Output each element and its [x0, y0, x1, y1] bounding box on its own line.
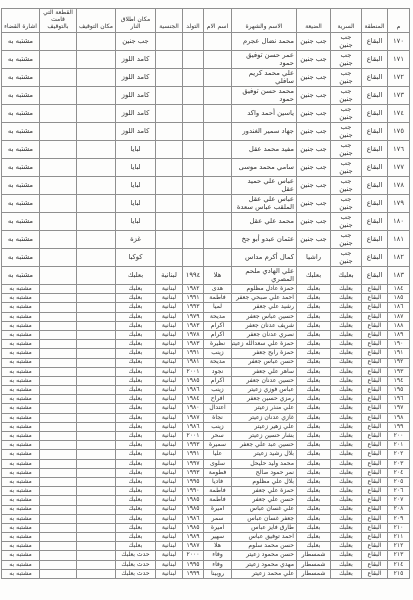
cell-region: البقاع — [362, 551, 388, 560]
cell-firing_place: بعلبك — [116, 395, 156, 404]
table-row: ١٩١البقاعبعلبكبعلبكحمزة رابح جعفرزينب١٩٩… — [2, 349, 410, 358]
cell-detaining_unit — [40, 514, 77, 523]
cell-firing_place: كامد اللوز — [116, 87, 156, 105]
cell-region: البقاع — [362, 496, 388, 505]
cell-serial: ١٨٣ — [388, 267, 410, 285]
cell-serial: ١٧٣ — [388, 87, 410, 105]
cell-mother: روبينا — [204, 569, 232, 578]
table-row: ١٨٦البقاعبعلبكبعلبكرشيد علي جعفرلميا١٩٩٣… — [2, 303, 410, 312]
cell-detaining_unit — [40, 105, 77, 123]
cell-nationality: لبنانية — [156, 321, 183, 330]
cell-firing_place: لبايا — [116, 213, 156, 231]
cell-judiciary: مشتبه به — [2, 523, 40, 532]
cell-village: بعلبك — [297, 294, 331, 303]
cell-name: حسين عبد علي جعفر — [232, 441, 297, 450]
cell-name: مهدي محمود زعيتر — [232, 560, 297, 569]
cell-detention_place — [77, 560, 116, 569]
cell-region: البقاع — [362, 468, 388, 477]
cell-detention_place — [77, 349, 116, 358]
cell-judiciary: مشتبه به — [2, 330, 40, 339]
cell-detention_place — [77, 105, 116, 123]
cell-serial: ١٩٠ — [388, 340, 410, 349]
cell-village: جب جنين — [297, 51, 331, 69]
cell-firing_place: كامد اللوز — [116, 69, 156, 87]
cell-name: حسن عباس جعفر — [232, 358, 297, 367]
cell-firing_place: بعلبك — [116, 267, 156, 285]
cell-detention_place — [77, 386, 116, 395]
cell-birth: ٢٠٠٠ — [183, 551, 204, 560]
cell-mother: زينب — [204, 386, 232, 395]
cell-mother: اكرام — [204, 330, 232, 339]
cell-detention_place — [77, 551, 116, 560]
cell-detaining_unit — [40, 560, 77, 569]
cell-detaining_unit — [40, 213, 77, 231]
cell-nationality — [156, 105, 183, 123]
cell-region: البقاع — [362, 33, 388, 51]
cell-name: جهاد سمير الغندور — [232, 123, 297, 141]
cell-detention_place — [77, 141, 116, 159]
cell-detention_place — [77, 267, 116, 285]
cell-mother: نجود — [204, 367, 232, 376]
cell-detention_place — [77, 422, 116, 431]
cell-judiciary: مشتبه به — [2, 542, 40, 551]
cell-name: حسن علي جعفر — [232, 496, 297, 505]
cell-company: بعلبك — [331, 459, 362, 468]
cell-nationality: لبنانية — [156, 267, 183, 285]
cell-judiciary: مشتبه به — [2, 376, 40, 385]
cell-mother: وفاء — [204, 551, 232, 560]
cell-company: بعلبك — [331, 422, 362, 431]
cell-detaining_unit — [40, 542, 77, 551]
cell-serial: ٢١٣ — [388, 551, 410, 560]
cell-region: البقاع — [362, 523, 388, 532]
cell-company: بعلبك — [331, 285, 362, 294]
cell-nationality — [156, 195, 183, 213]
cell-birth: ١٩٩٣ — [183, 303, 204, 312]
table-row: ١٧٣البقاعجب جنينجب جنينمحمد حسن توفيق حم… — [2, 87, 410, 105]
cell-judiciary: مشتبه به — [2, 349, 40, 358]
cell-serial: ١٩٨ — [388, 413, 410, 422]
column-header-firing_place: مكان اطلاق النار — [116, 9, 156, 33]
table-row: ١٧٥البقاعجب جنينجب جنينجهاد سمير الغندور… — [2, 123, 410, 141]
table-row: ١٨٢البقاعجب جنينراشياكمال أكرم مداسكوكبا… — [2, 249, 410, 267]
cell-detaining_unit — [40, 404, 77, 413]
cell-firing_place: بعلبك — [116, 514, 156, 523]
cell-serial: ١٨٨ — [388, 321, 410, 330]
cell-region: البقاع — [362, 413, 388, 422]
cell-nationality: لبنانية — [156, 459, 183, 468]
cell-company: بعلبك — [331, 477, 362, 486]
cell-firing_place: غزة — [116, 231, 156, 249]
table-row: ١٧١البقاعجب جنينجب جنينعمر حسن توفيق حمو… — [2, 51, 410, 69]
cell-detaining_unit — [40, 551, 77, 560]
cell-name: رشيد علي جعفر — [232, 303, 297, 312]
cell-company: جب جنين — [331, 105, 362, 123]
cell-detention_place — [77, 477, 116, 486]
cell-detention_place — [77, 249, 116, 267]
cell-nationality: لبنانية — [156, 542, 183, 551]
cell-nationality — [156, 69, 183, 87]
cell-birth: ١٩٨٩ — [183, 533, 204, 542]
cell-nationality: لبنانية — [156, 533, 183, 542]
cell-company: بعلبك — [331, 303, 362, 312]
cell-region: البقاع — [362, 459, 388, 468]
cell-judiciary: مشتبه به — [2, 496, 40, 505]
cell-company: بعلبك — [331, 432, 362, 441]
cell-detaining_unit — [40, 159, 77, 177]
cell-village: شمسطار — [297, 569, 331, 578]
cell-village: بعلبك — [297, 441, 331, 450]
cell-company: جب جنين — [331, 51, 362, 69]
cell-serial: ١٧٠ — [388, 33, 410, 51]
cell-serial: ٢٠٣ — [388, 459, 410, 468]
cell-birth: ١٩٨٧ — [183, 542, 204, 551]
cell-name: علي محمد زعيتر — [232, 569, 297, 578]
cell-company: بعلبك — [331, 560, 362, 569]
cell-firing_place: بعلبك — [116, 376, 156, 385]
cell-birth: ١٩٩٤ — [183, 267, 204, 285]
cell-region: البقاع — [362, 450, 388, 459]
cell-detention_place — [77, 505, 116, 514]
cell-company: بعلبك — [331, 294, 362, 303]
cell-judiciary: مشتبه به — [2, 422, 40, 431]
cell-region: البقاع — [362, 560, 388, 569]
cell-birth: ٢٠٠١ — [183, 432, 204, 441]
cell-serial: ١٨٧ — [388, 312, 410, 321]
cell-firing_place: بعلبك — [116, 321, 156, 330]
cell-birth — [183, 105, 204, 123]
cell-detaining_unit — [40, 459, 77, 468]
table-row: ١٩٨البقاعبعلبكبعلبكغازي عدنان زعيترنجاة١… — [2, 413, 410, 422]
cell-detention_place — [77, 358, 116, 367]
cell-detaining_unit — [40, 231, 77, 249]
cell-firing_place: بعلبك — [116, 340, 156, 349]
cell-firing_place: بعلبك — [116, 468, 156, 477]
cell-village: بعلبك — [297, 496, 331, 505]
cell-company: بعلبك — [331, 514, 362, 523]
cell-mother: مديحة — [204, 312, 232, 321]
table-row: ٢١١البقاعبعلبكبعلبكاحمد توفيق عباسسهير١٩… — [2, 533, 410, 542]
cell-judiciary: مشتبه به — [2, 533, 40, 542]
cell-judiciary: مشتبه به — [2, 294, 40, 303]
cell-detaining_unit — [40, 249, 77, 267]
cell-firing_place: لبايا — [116, 177, 156, 195]
detainees-register-table: مالمنطقةالسريةالضيعةالاسم والشهرةاسم الا… — [1, 8, 410, 579]
cell-serial: ١٨١ — [388, 231, 410, 249]
cell-name: نصري عدنان جعفر — [232, 330, 297, 339]
cell-region: البقاع — [362, 395, 388, 404]
cell-judiciary: مشتبه به — [2, 267, 40, 285]
table-row: ٢٠٥البقاعبعلبكبعلبكبلال علي مظلومفاديا١٩… — [2, 477, 410, 486]
cell-village: جب جنين — [297, 123, 331, 141]
cell-company: جب جنين — [331, 249, 362, 267]
cell-region: البقاع — [362, 376, 388, 385]
cell-company: جب جنين — [331, 213, 362, 231]
table-row: ١٩٩البقاعبعلبكبعلبكعلي زهير زعيترزينب١٩٨… — [2, 422, 410, 431]
cell-nationality: لبنانية — [156, 294, 183, 303]
cell-detention_place — [77, 404, 116, 413]
cell-nationality: لبنانية — [156, 514, 183, 523]
cell-birth: ١٩٩١ — [183, 294, 204, 303]
table-row: ١٧٨البقاعجب جنينجب جنينعباس علي حميد عقل… — [2, 177, 410, 195]
cell-judiciary: مشتبه به — [2, 367, 40, 376]
cell-nationality: لبنانية — [156, 413, 183, 422]
cell-mother: هلا — [204, 267, 232, 285]
cell-village: بعلبك — [297, 533, 331, 542]
cell-name: محمد حسن توفيق حمود — [232, 87, 297, 105]
cell-name: بلال رشيد زعيتر — [232, 450, 297, 459]
cell-judiciary: مشتبه به — [2, 450, 40, 459]
cell-serial: ٢١١ — [388, 533, 410, 542]
cell-region: البقاع — [362, 404, 388, 413]
column-header-company: السرية — [331, 9, 362, 33]
cell-mother — [204, 231, 232, 249]
cell-nationality: لبنانية — [156, 560, 183, 569]
cell-company: بعلبك — [331, 376, 362, 385]
cell-name: حسين عدنان جعفر — [232, 376, 297, 385]
cell-firing_place: حدث بعلبك — [116, 551, 156, 560]
cell-region: البقاع — [362, 285, 388, 294]
cell-firing_place: لبايا — [116, 141, 156, 159]
cell-name: عباس علي عقل الملقب عباس سعدة — [232, 195, 297, 213]
cell-detaining_unit — [40, 340, 77, 349]
cell-detaining_unit — [40, 468, 77, 477]
cell-serial: ١٧٤ — [388, 105, 410, 123]
cell-judiciary: مشتبه به — [2, 413, 40, 422]
cell-detaining_unit — [40, 312, 77, 321]
table-row: ١٩٢البقاعبعلبكبعلبكحسن عباس جعفرمديحة١٩٨… — [2, 358, 410, 367]
cell-mother: سمر — [204, 514, 232, 523]
cell-firing_place: بعلبك — [116, 487, 156, 496]
cell-detaining_unit — [40, 123, 77, 141]
cell-company: بعلبك — [331, 358, 362, 367]
cell-detaining_unit — [40, 177, 77, 195]
cell-birth: ١٩٨٥ — [183, 523, 204, 532]
cell-detaining_unit — [40, 441, 77, 450]
cell-judiciary: مشتبه به — [2, 487, 40, 496]
cell-detaining_unit — [40, 523, 77, 532]
cell-name: طارق فايز عباس — [232, 523, 297, 532]
cell-mother: هدى — [204, 285, 232, 294]
cell-nationality: لبنانية — [156, 422, 183, 431]
cell-name: غازي عدنان زعيتر — [232, 413, 297, 422]
cell-detaining_unit — [40, 450, 77, 459]
cell-judiciary: مشتبه به — [2, 231, 40, 249]
cell-name: حسين عباس جعفر — [232, 312, 297, 321]
cell-village: بعلبك — [297, 395, 331, 404]
cell-village: بعلبك — [297, 312, 331, 321]
cell-village: بعلبك — [297, 349, 331, 358]
cell-region: البقاع — [362, 249, 388, 267]
cell-mother: افراح — [204, 395, 232, 404]
cell-company: بعلبك — [331, 386, 362, 395]
cell-village: بعلبك — [297, 422, 331, 431]
table-row: ٢٠٤البقاعبعلبكبعلبكنمر حمود صالحفطومة١٩٩… — [2, 468, 410, 477]
cell-birth: ١٩٨٢ — [183, 285, 204, 294]
cell-detaining_unit — [40, 477, 77, 486]
cell-firing_place: حدث بعلبك — [116, 569, 156, 578]
cell-region: البقاع — [362, 487, 388, 496]
cell-mother: نجاة — [204, 413, 232, 422]
table-row: ١٧٠البقاعجب جنينجب جنينمحمد نضال عجرمجب … — [2, 33, 410, 51]
cell-judiciary: مشتبه به — [2, 358, 40, 367]
cell-nationality: لبنانية — [156, 395, 183, 404]
cell-company: بعلبك — [331, 551, 362, 560]
cell-region: البقاع — [362, 51, 388, 69]
cell-name: سامي محمد موسى — [232, 159, 297, 177]
table-row: ١٧٤البقاعجب جنينجب جنينياسين أحمد واكدكا… — [2, 105, 410, 123]
cell-region: البقاع — [362, 267, 388, 285]
cell-village: بعلبك — [297, 523, 331, 532]
cell-detention_place — [77, 533, 116, 542]
cell-company: بعلبك — [331, 533, 362, 542]
cell-region: البقاع — [362, 367, 388, 376]
cell-serial: ٢٠٤ — [388, 468, 410, 477]
cell-village: جب جنين — [297, 159, 331, 177]
cell-name: محمد علي عقل — [232, 213, 297, 231]
cell-firing_place: كامد اللوز — [116, 105, 156, 123]
cell-firing_place: بعلبك — [116, 413, 156, 422]
cell-firing_place: بعلبك — [116, 404, 156, 413]
cell-mother: فطومة — [204, 468, 232, 477]
cell-serial: ١٨٩ — [388, 330, 410, 339]
cell-firing_place: بعلبك — [116, 432, 156, 441]
cell-serial: ٢٠٠ — [388, 432, 410, 441]
cell-name: احمد علي صبحي جعفر — [232, 294, 297, 303]
table-row: ٢٠٠البقاعبعلبكبعلبكبشار حسين زعيترسحر٢٠٠… — [2, 432, 410, 441]
cell-name: كمال أكرم مداس — [232, 249, 297, 267]
table-row: ٢٠٨البقاعبعلبكبعلبكعلي غسان عباساميرة١٩٨… — [2, 505, 410, 514]
cell-company: جب جنين — [331, 195, 362, 213]
table-row: ١٨٧البقاعبعلبكبعلبكحسين عباس جعفرمديحة١٩… — [2, 312, 410, 321]
cell-serial: ١٧١ — [388, 51, 410, 69]
cell-detention_place — [77, 441, 116, 450]
cell-firing_place: بعلبك — [116, 285, 156, 294]
cell-name: علي منذر زعيتر — [232, 404, 297, 413]
cell-company: بعلبك — [331, 523, 362, 532]
cell-mother — [204, 123, 232, 141]
table-row: ٢١٢البقاعبعلبكبعلبكحسن محمد سلومهلا١٩٨٧ل… — [2, 542, 410, 551]
cell-firing_place: بعلبك — [116, 533, 156, 542]
cell-region: البقاع — [362, 358, 388, 367]
cell-judiciary: مشتبه به — [2, 195, 40, 213]
cell-name: علي الهادي ملحم المصري — [232, 267, 297, 285]
cell-detention_place — [77, 376, 116, 385]
cell-detaining_unit — [40, 349, 77, 358]
cell-detaining_unit — [40, 141, 77, 159]
column-header-region: المنطقة — [362, 9, 388, 33]
cell-company: بعلبك — [331, 312, 362, 321]
cell-name: بلال علي مظلوم — [232, 477, 297, 486]
cell-village: بعلبك — [297, 542, 331, 551]
cell-detention_place — [77, 87, 116, 105]
cell-company: بعلبك — [331, 413, 362, 422]
cell-birth — [183, 141, 204, 159]
cell-detention_place — [77, 523, 116, 532]
cell-name: عباس فوزي زعيتر — [232, 386, 297, 395]
table-row: ١٨٤البقاعبعلبكبعلبكحمزة عادل مظلومهدى١٩٨… — [2, 285, 410, 294]
cell-detention_place — [77, 195, 116, 213]
cell-judiciary: مشتبه به — [2, 51, 40, 69]
cell-village: بعلبك — [297, 303, 331, 312]
cell-serial: ١٩٥ — [388, 386, 410, 395]
cell-company: بعلبك — [331, 496, 362, 505]
cell-detention_place — [77, 285, 116, 294]
cell-serial: ١٧٦ — [388, 141, 410, 159]
cell-firing_place: بعلبك — [116, 496, 156, 505]
cell-village: جب جنين — [297, 105, 331, 123]
cell-village: بعلبك — [297, 367, 331, 376]
cell-detention_place — [77, 487, 116, 496]
table-row: ١٨١البقاعجب جنينجب جنينعثمان عبدو أبو جخ… — [2, 231, 410, 249]
cell-company: بعلبك — [331, 542, 362, 551]
cell-serial: ١٧٩ — [388, 195, 410, 213]
cell-birth: ١٩٨٧ — [183, 413, 204, 422]
cell-judiciary: مشتبه به — [2, 386, 40, 395]
cell-mother: وفاء — [204, 560, 232, 569]
cell-region: البقاع — [362, 441, 388, 450]
table-row: ١٨٣البقاعبعلبكبعلبكعلي الهادي ملحم المصر… — [2, 267, 410, 285]
cell-nationality — [156, 249, 183, 267]
cell-detaining_unit — [40, 367, 77, 376]
table-row: ١٧٢البقاعجب جنينجب جنينعلي محمد كريم ساف… — [2, 69, 410, 87]
cell-detaining_unit — [40, 413, 77, 422]
cell-mother: نظيرة — [204, 340, 232, 349]
cell-village: جب جنين — [297, 231, 331, 249]
cell-firing_place: بعلبك — [116, 312, 156, 321]
cell-detaining_unit — [40, 267, 77, 285]
cell-judiciary: مشتبه به — [2, 285, 40, 294]
cell-detaining_unit — [40, 303, 77, 312]
cell-nationality: لبنانية — [156, 404, 183, 413]
cell-detention_place — [77, 542, 116, 551]
cell-birth — [183, 231, 204, 249]
cell-region: البقاع — [362, 386, 388, 395]
cell-firing_place: بعلبك — [116, 542, 156, 551]
cell-mother: اكرام — [204, 376, 232, 385]
cell-serial: ٢١٠ — [388, 523, 410, 532]
cell-mother: اميرة — [204, 523, 232, 532]
cell-birth: ١٩٩٥ — [183, 477, 204, 486]
cell-nationality: لبنانية — [156, 569, 183, 578]
cell-serial: ١٩١ — [388, 349, 410, 358]
cell-firing_place: كامد اللوز — [116, 123, 156, 141]
table-row: ٢٠٩البقاعبعلبكبعلبكجعفر غسان عباسسمر١٩٨٦… — [2, 514, 410, 523]
cell-birth — [183, 87, 204, 105]
cell-village: بعلبك — [297, 404, 331, 413]
cell-birth: ١٩٨٦ — [183, 514, 204, 523]
cell-firing_place: بعلبك — [116, 477, 156, 486]
cell-judiciary: مشتبه به — [2, 105, 40, 123]
cell-name: بشار حسين زعيتر — [232, 432, 297, 441]
cell-judiciary: مشتبه به — [2, 177, 40, 195]
cell-name: نمر حمود صالح — [232, 468, 297, 477]
cell-name: ياسين أحمد واكد — [232, 105, 297, 123]
cell-name: عمر حسن توفيق حمود — [232, 51, 297, 69]
cell-mother: سهير — [204, 533, 232, 542]
cell-birth: ١٩٨٦ — [183, 386, 204, 395]
cell-nationality: لبنانية — [156, 330, 183, 339]
cell-name: جعفر غسان عباس — [232, 514, 297, 523]
cell-region: البقاع — [362, 321, 388, 330]
header-row: مالمنطقةالسريةالضيعةالاسم والشهرةاسم الا… — [2, 9, 410, 33]
cell-detaining_unit — [40, 487, 77, 496]
cell-birth: ١٩٨٥ — [183, 376, 204, 385]
cell-detaining_unit — [40, 432, 77, 441]
cell-company: جب جنين — [331, 33, 362, 51]
column-header-mother: اسم الام — [204, 9, 232, 33]
cell-nationality — [156, 141, 183, 159]
